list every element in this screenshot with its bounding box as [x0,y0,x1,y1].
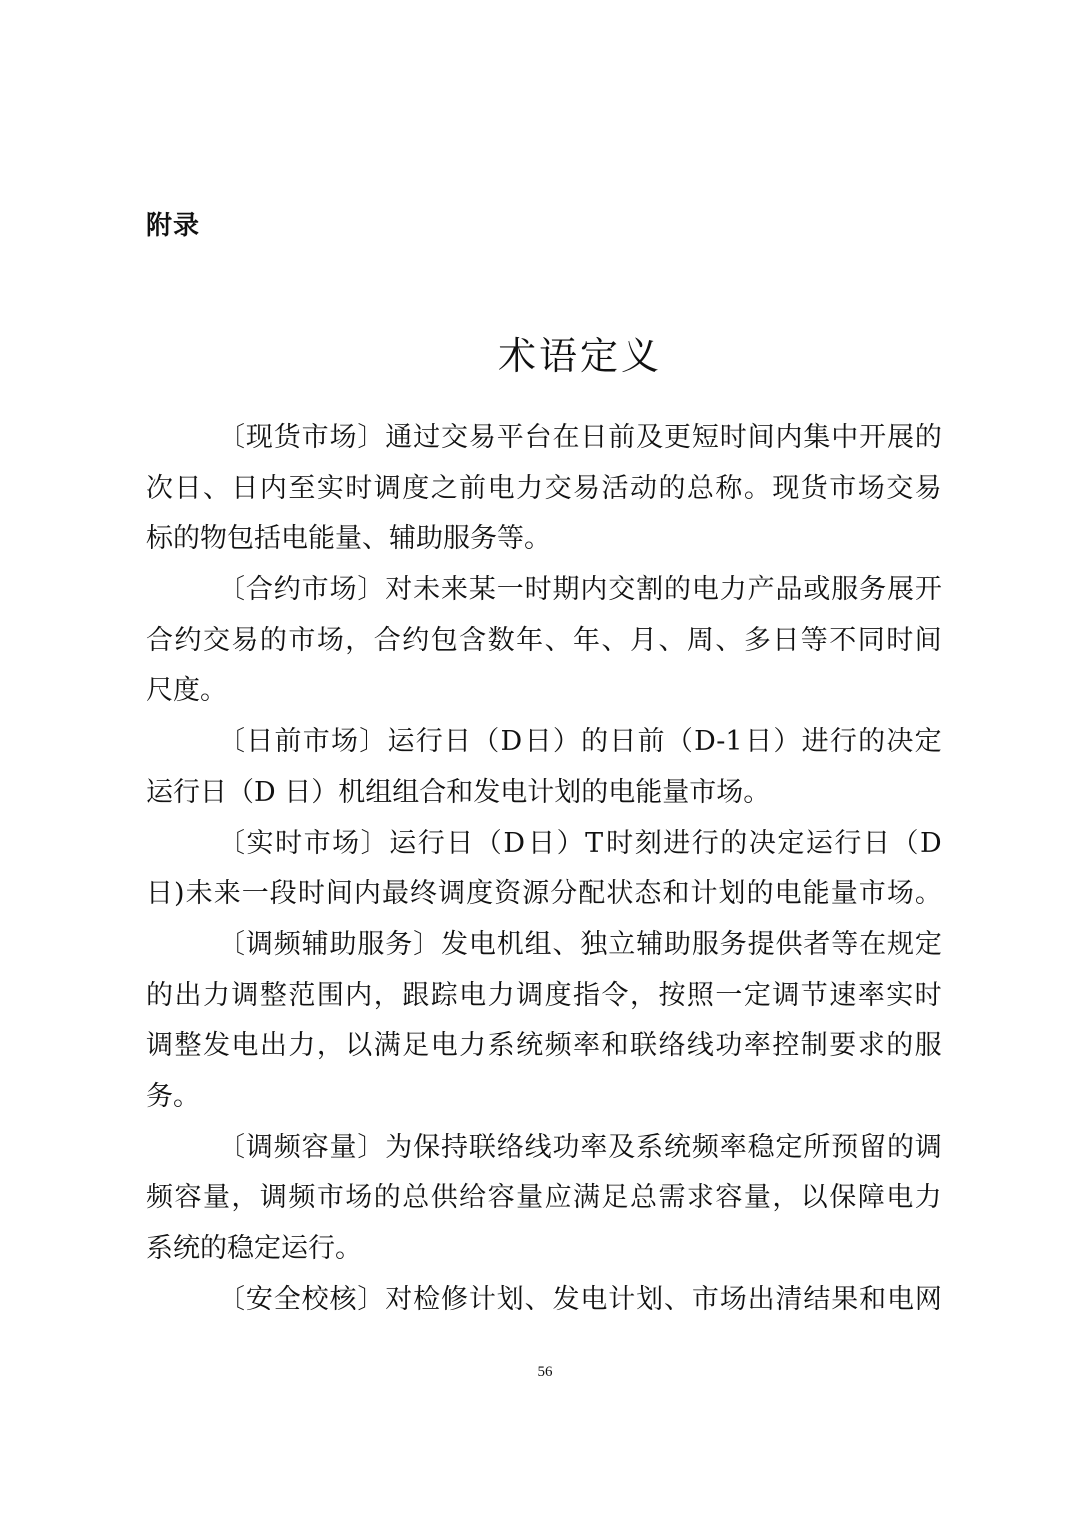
definition-line: 〔日前市场〕运行日（D 日）的日前（D-1 日）进行的决定 [146,717,942,768]
definition-line: 〔安全校核〕对检修计划、发电计划、市场出清结果和电网 [146,1275,942,1326]
definition-line: 〔调频容量〕为保持联络线功率及系统频率稳定所预留的调 [146,1123,942,1174]
definition-line: 运行日（D 日）机组组合和发电计划的电能量市场。 [146,768,942,819]
definition-line: 尺度。 [146,666,942,717]
definition-line: 的出力调整范围内，跟踪电力调度指令，按照一定调节速率实时 [146,971,942,1022]
definition-line: 〔调频辅助服务〕发电机组、独立辅助服务提供者等在规定 [146,920,942,971]
page-number: 56 [0,1362,1080,1382]
definition-line: 〔实时市场〕运行日（D 日）T 时刻进行的决定运行日（D [146,819,942,870]
document-title: 术语定义 [498,331,662,381]
definition-line: 标的物包括电能量、辅助服务等。 [146,514,942,565]
definition-line: 系统的稳定运行。 [146,1224,942,1275]
definition-line: 日)未来一段时间内最终调度资源分配状态和计划的电能量市场。 [146,869,942,920]
definitions-body: 〔现货市场〕通过交易平台在日前及更短时间内集中开展的 次日、日内至实时调度之前电… [146,413,942,1325]
definition-line: 务。 [146,1072,942,1123]
definition-line: 调整发电出力，以满足电力系统频率和联络线功率控制要求的服 [146,1021,942,1072]
appendix-label: 附录 [146,206,200,246]
definition-line: 合约交易的市场，合约包含数年、年、月、周、多日等不同时间 [146,616,942,667]
definition-line: 次日、日内至实时调度之前电力交易活动的总称。现货市场交易 [146,464,942,515]
definition-line: 〔现货市场〕通过交易平台在日前及更短时间内集中开展的 [146,413,942,464]
definition-line: 〔合约市场〕对未来某一时期内交割的电力产品或服务展开 [146,565,942,616]
definition-line: 频容量，调频市场的总供给容量应满足总需求容量，以保障电力 [146,1173,942,1224]
